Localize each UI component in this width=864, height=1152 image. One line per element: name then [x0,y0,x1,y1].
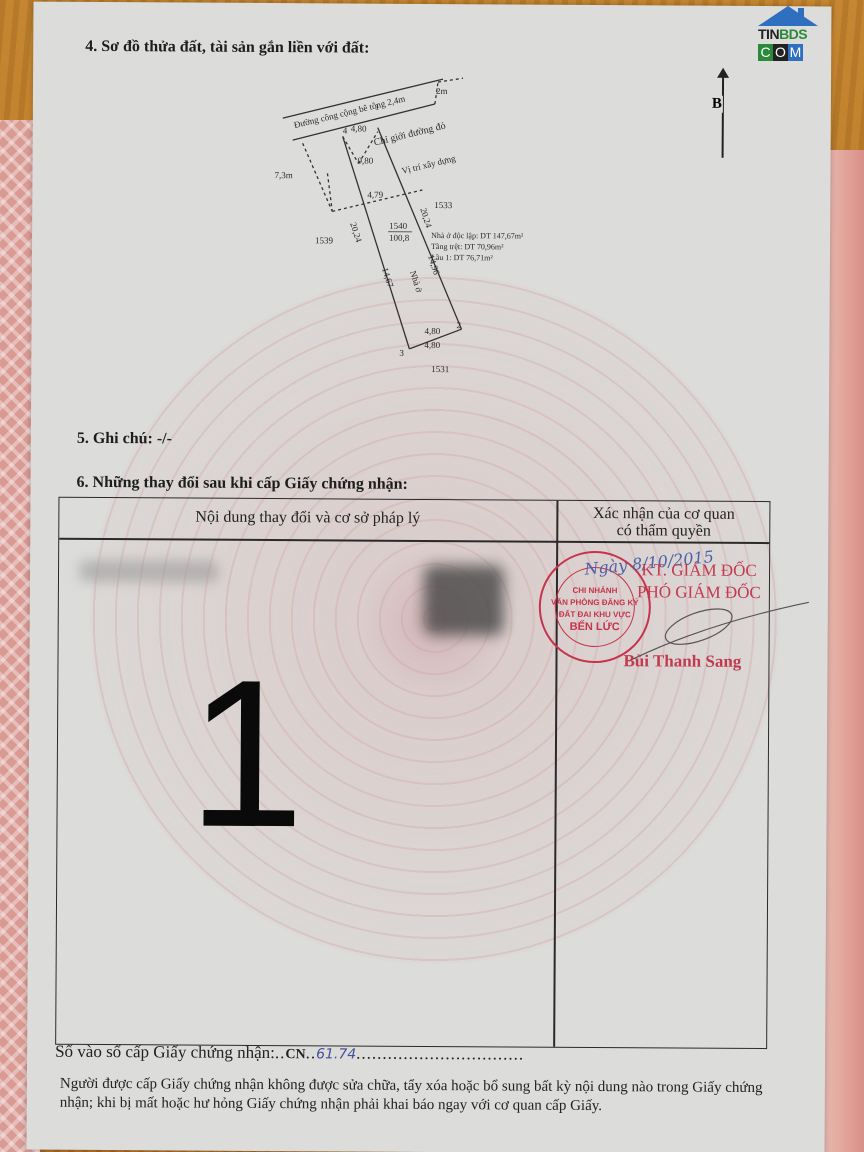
setback-label: 7,3m [274,170,292,180]
road-offset-label: 2m [436,86,448,96]
house-info-line3: Lầu 1: DT 76,71m² [431,253,493,262]
red-line-label: Chỉ giới đường đỏ [373,121,447,149]
side-length-left: 20,24 [348,221,364,244]
front-width: 4,80 [351,124,367,134]
redacted-text [79,560,219,583]
column-header-authority: Xác nhận của cơ quan có thẩm quyền [558,505,769,540]
section5-title: 5. Ghi chú: -/- [77,430,172,449]
rear-width-bottom: 4,80 [424,340,440,350]
corner-2: 2 [457,320,462,330]
house-roof-icon [758,6,818,26]
build-line-label: Vị trí xây dựng [401,153,457,176]
section6-title: 6. Những thay đổi sau khi cấp Giấy chứng… [77,474,408,494]
house-info-line1: Nhà ở độc lập: DT 147,67m² [431,231,524,241]
neighbor-left: 1539 [315,235,334,245]
redacted-block [424,565,504,635]
north-label: B [711,96,723,113]
house-info-line2: Tầng trệt: DT 70,96m² [431,242,504,251]
parcel-number: 1540 [389,221,408,231]
side-length-right: 20,24 [418,207,434,230]
signer-name: Bùi Thanh Sang [623,651,741,672]
register-number: Số vào sổ cấp Giấy chứng nhận:..CN..61.7… [55,1042,524,1065]
certificate-page: 4. Sơ đồ thửa đất, tài sản gắn liền với … [27,2,832,1152]
setback-depth: 0,80 [358,156,374,166]
column-header-change-content: Nội dung thay đổi và cơ sở pháp lý [59,508,556,529]
house-label: Nhà ở [408,269,424,293]
rear-width-top: 4,80 [424,326,440,336]
land-plot-diagram: Đường công cộng bê tông 2,4m 2m Chỉ giới… [31,2,832,427]
overlay-number: 1 [187,649,305,860]
corner-1: 1 [375,102,380,112]
neighbor-right: 1533 [434,200,453,210]
neighbor-rear: 1531 [431,364,449,374]
changes-table: Nội dung thay đổi và cơ sở pháp lý Xác n… [55,497,770,1049]
build-width: 4,79 [367,190,383,200]
house-side-left: 14,67 [380,266,396,289]
notice-text: Người được cấp Giấy chứng nhận không đượ… [60,1075,765,1117]
north-arrow: B [717,68,730,158]
tinbds-logo: TINBDS C O M [758,6,818,62]
corner-3: 3 [399,348,404,358]
corner-4: 4 [343,125,348,135]
parcel-area: 100,8 [389,233,410,243]
